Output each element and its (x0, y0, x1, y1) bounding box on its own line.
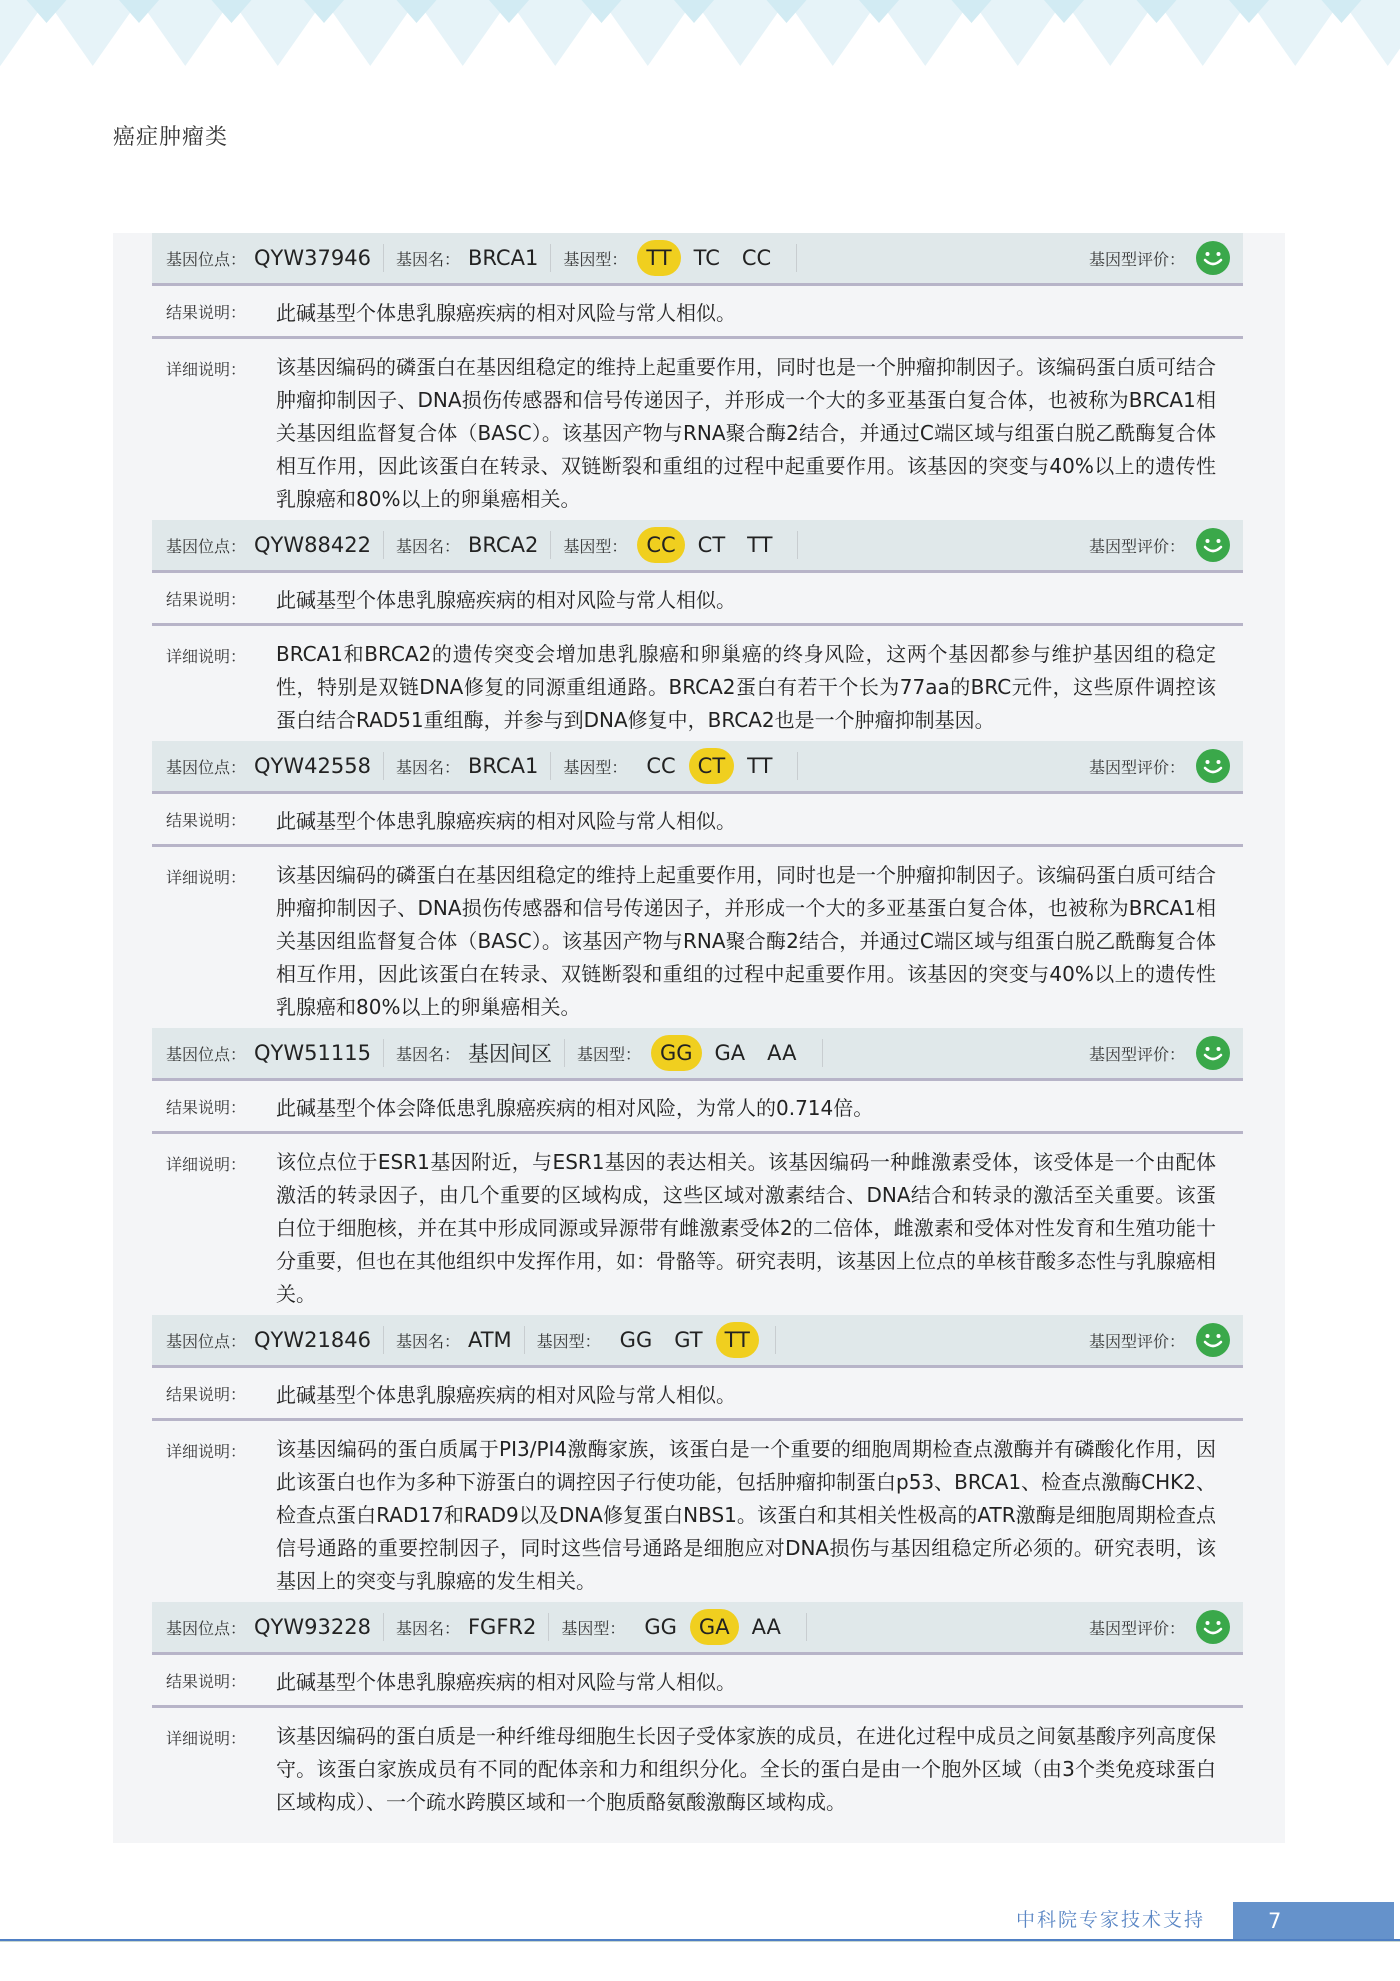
gene-label: 基因名： (396, 1616, 460, 1639)
entry-header: 基因位点： QYW88422 基因名： BRCA2 基因型： CCCTTT 基因… (152, 520, 1243, 573)
detail-label: 详细说明： (166, 1433, 276, 1462)
detail-text: 该基因编码的蛋白质是一种纤维母细胞生长因子受体家族的成员，在进化过程中成员之间氨… (276, 1720, 1216, 1819)
genotype-label: 基因型： (563, 247, 627, 270)
genotype-options: GGGTTT (611, 1322, 763, 1358)
result-row: 结果说明： 此碱基型个体患乳腺癌疾病的相对风险与常人相似。 (152, 1368, 1243, 1421)
genotype-option: GG (611, 1322, 662, 1358)
result-text: 此碱基型个体患乳腺癌疾病的相对风险与常人相似。 (276, 1379, 736, 1408)
evaluation-label: 基因型评价： (1089, 1042, 1185, 1065)
locus-value: QYW21846 (254, 1328, 371, 1352)
entry-header: 基因位点： QYW93228 基因名： FGFR2 基因型： GGGAAA 基因… (152, 1602, 1243, 1655)
genotype-option-selected: CC (637, 527, 684, 563)
detail-row: 详细说明： BRCA1和BRCA2的遗传突变会增加患乳腺癌和卵巢癌的终身风险，这… (152, 626, 1243, 741)
locus-value: QYW42558 (254, 754, 371, 778)
evaluation-label: 基因型评价： (1089, 1329, 1185, 1352)
locus-label: 基因位点： (166, 1329, 246, 1352)
locus-value: QYW93228 (254, 1615, 371, 1639)
decorative-diamond-pattern (0, 0, 1400, 70)
gene-entry: 基因位点： QYW88422 基因名： BRCA2 基因型： CCCTTT 基因… (152, 520, 1243, 741)
genotype-option: TT (738, 527, 781, 563)
result-text: 此碱基型个体患乳腺癌疾病的相对风险与常人相似。 (276, 584, 736, 613)
gene-entry: 基因位点： QYW42558 基因名： BRCA1 基因型： CCCTTT 基因… (152, 741, 1243, 1028)
genotype-evaluation: 基因型评价： (1089, 748, 1231, 784)
genotype-options: GGGAAA (635, 1609, 794, 1645)
genotype-option: GA (706, 1035, 755, 1071)
locus-label: 基因位点： (166, 247, 246, 270)
genotype-label: 基因型： (561, 1616, 625, 1639)
divider (564, 1039, 565, 1067)
genotype-evaluation: 基因型评价： (1089, 527, 1231, 563)
gene-label: 基因名： (396, 1042, 460, 1065)
gene-entry-list: 基因位点： QYW37946 基因名： BRCA1 基因型： TTTCCC 基因… (152, 233, 1243, 1823)
result-row: 结果说明： 此碱基型个体会降低患乳腺癌疾病的相对风险，为常人的0.714倍。 (152, 1081, 1243, 1134)
genotype-label: 基因型： (577, 1042, 641, 1065)
detail-row: 详细说明： 该基因编码的磷蛋白在基因组稳定的维持上起重要作用，同时也是一个肿瘤抑… (152, 847, 1243, 1028)
entry-header: 基因位点： QYW37946 基因名： BRCA1 基因型： TTTCCC 基因… (152, 233, 1243, 286)
detail-row: 详细说明： 该基因编码的蛋白质属于PI3/PI4激酶家族，该蛋白是一个重要的细胞… (152, 1421, 1243, 1602)
result-text: 此碱基型个体患乳腺癌疾病的相对风险与常人相似。 (276, 805, 736, 834)
entry-header: 基因位点： QYW21846 基因名： ATM 基因型： GGGTTT 基因型评… (152, 1315, 1243, 1368)
genotype-options: CCCTTT (637, 527, 785, 563)
page-number: 7 (1268, 1909, 1281, 1933)
detail-label: 详细说明： (166, 638, 276, 667)
divider (550, 531, 551, 559)
result-row: 结果说明： 此碱基型个体患乳腺癌疾病的相对风险与常人相似。 (152, 286, 1243, 339)
divider (822, 1039, 823, 1067)
divider (383, 244, 384, 272)
smiley-face-icon (1195, 527, 1231, 563)
divider (548, 1613, 549, 1641)
gene-value: FGFR2 (468, 1615, 536, 1639)
genotype-options: CCCTTT (637, 748, 785, 784)
genotype-option: GT (665, 1322, 711, 1358)
locus-label: 基因位点： (166, 755, 246, 778)
result-text: 此碱基型个体会降低患乳腺癌疾病的相对风险，为常人的0.714倍。 (276, 1092, 873, 1121)
smiley-face-icon (1195, 1609, 1231, 1645)
locus-label: 基因位点： (166, 1616, 246, 1639)
genotype-option-selected: CT (689, 748, 735, 784)
detail-text: 该基因编码的磷蛋白在基因组稳定的维持上起重要作用，同时也是一个肿瘤抑制因子。该编… (276, 351, 1216, 516)
gene-value: BRCA2 (468, 533, 538, 557)
detail-row: 详细说明： 该位点位于ESR1基因附近，与ESR1基因的表达相关。该基因编码一种… (152, 1134, 1243, 1315)
detail-label: 详细说明： (166, 859, 276, 888)
gene-label: 基因名： (396, 1329, 460, 1352)
locus-value: QYW88422 (254, 533, 371, 557)
result-text: 此碱基型个体患乳腺癌疾病的相对风险与常人相似。 (276, 297, 736, 326)
detail-row: 详细说明： 该基因编码的蛋白质是一种纤维母细胞生长因子受体家族的成员，在进化过程… (152, 1708, 1243, 1823)
locus-value: QYW37946 (254, 246, 371, 270)
locus-value: QYW51115 (254, 1041, 371, 1065)
detail-label: 详细说明： (166, 1720, 276, 1749)
gene-label: 基因名： (396, 534, 460, 557)
result-row: 结果说明： 此碱基型个体患乳腺癌疾病的相对风险与常人相似。 (152, 1655, 1243, 1708)
gene-label: 基因名： (396, 247, 460, 270)
genotype-label: 基因型： (563, 534, 627, 557)
divider (383, 1613, 384, 1641)
locus-label: 基因位点： (166, 534, 246, 557)
genotype-option-selected: TT (637, 240, 680, 276)
page-number-box: 7 (1233, 1902, 1394, 1940)
gene-entry: 基因位点： QYW51115 基因名： 基因间区 基因型： GGGAAA 基因型… (152, 1028, 1243, 1315)
divider (383, 1039, 384, 1067)
smiley-face-icon (1195, 1322, 1231, 1358)
divider (797, 531, 798, 559)
gene-value: BRCA1 (468, 754, 538, 778)
smiley-face-icon (1195, 1035, 1231, 1071)
entry-header: 基因位点： QYW42558 基因名： BRCA1 基因型： CCCTTT 基因… (152, 741, 1243, 794)
gene-entry: 基因位点： QYW37946 基因名： BRCA1 基因型： TTTCCC 基因… (152, 233, 1243, 520)
divider (797, 752, 798, 780)
genotype-option: GG (635, 1609, 686, 1645)
divider (550, 752, 551, 780)
genotype-evaluation: 基因型评价： (1089, 1322, 1231, 1358)
result-text: 此碱基型个体患乳腺癌疾病的相对风险与常人相似。 (276, 1666, 736, 1695)
footer-credit: 中科院专家技术支持 (1016, 1905, 1205, 1932)
gene-value: BRCA1 (468, 246, 538, 270)
divider (383, 531, 384, 559)
result-label: 结果说明： (166, 808, 276, 831)
locus-label: 基因位点： (166, 1042, 246, 1065)
genotype-option-selected: TT (716, 1322, 759, 1358)
genotype-option: CC (637, 748, 684, 784)
genotype-options: GGGAAA (651, 1035, 810, 1071)
smiley-face-icon (1195, 748, 1231, 784)
divider (796, 244, 797, 272)
detail-text: BRCA1和BRCA2的遗传突变会增加患乳腺癌和卵巢癌的终身风险，这两个基因都参… (276, 638, 1216, 737)
smiley-face-icon (1195, 240, 1231, 276)
evaluation-label: 基因型评价： (1089, 534, 1185, 557)
detail-label: 详细说明： (166, 351, 276, 380)
gene-label: 基因名： (396, 755, 460, 778)
result-row: 结果说明： 此碱基型个体患乳腺癌疾病的相对风险与常人相似。 (152, 794, 1243, 847)
gene-value: 基因间区 (468, 1038, 552, 1068)
divider (806, 1613, 807, 1641)
genotype-option: TC (685, 240, 729, 276)
genotype-label: 基因型： (537, 1329, 601, 1352)
result-label: 结果说明： (166, 587, 276, 610)
genotype-option: CT (689, 527, 735, 563)
evaluation-label: 基因型评价： (1089, 1616, 1185, 1639)
genotype-option: AA (743, 1609, 790, 1645)
genotype-evaluation: 基因型评价： (1089, 1609, 1231, 1645)
detail-text: 该位点位于ESR1基因附近，与ESR1基因的表达相关。该基因编码一种雌激素受体，… (276, 1146, 1216, 1311)
result-label: 结果说明： (166, 1382, 276, 1405)
detail-label: 详细说明： (166, 1146, 276, 1175)
result-row: 结果说明： 此碱基型个体患乳腺癌疾病的相对风险与常人相似。 (152, 573, 1243, 626)
section-title: 癌症肿瘤类 (113, 120, 228, 151)
detail-text: 该基因编码的蛋白质属于PI3/PI4激酶家族，该蛋白是一个重要的细胞周期检查点激… (276, 1433, 1216, 1598)
genotype-option: TT (738, 748, 781, 784)
divider (524, 1326, 525, 1354)
divider (775, 1326, 776, 1354)
detail-text: 该基因编码的磷蛋白在基因组稳定的维持上起重要作用，同时也是一个肿瘤抑制因子。该编… (276, 859, 1216, 1024)
genotype-option: AA (758, 1035, 805, 1071)
gene-entry: 基因位点： QYW93228 基因名： FGFR2 基因型： GGGAAA 基因… (152, 1602, 1243, 1823)
divider (550, 244, 551, 272)
divider (383, 1326, 384, 1354)
detail-row: 详细说明： 该基因编码的磷蛋白在基因组稳定的维持上起重要作用，同时也是一个肿瘤抑… (152, 339, 1243, 520)
genotype-options: TTTCCC (637, 240, 784, 276)
gene-value: ATM (468, 1328, 512, 1352)
evaluation-label: 基因型评价： (1089, 247, 1185, 270)
divider (383, 752, 384, 780)
genotype-option-selected: GG (651, 1035, 702, 1071)
genotype-label: 基因型： (563, 755, 627, 778)
genotype-evaluation: 基因型评价： (1089, 1035, 1231, 1071)
result-label: 结果说明： (166, 1669, 276, 1692)
footer-divider (0, 1939, 1400, 1942)
results-panel: 基因位点： QYW37946 基因名： BRCA1 基因型： TTTCCC 基因… (113, 233, 1285, 1843)
result-label: 结果说明： (166, 300, 276, 323)
genotype-option-selected: GA (690, 1609, 739, 1645)
entry-header: 基因位点： QYW51115 基因名： 基因间区 基因型： GGGAAA 基因型… (152, 1028, 1243, 1081)
genotype-evaluation: 基因型评价： (1089, 240, 1231, 276)
evaluation-label: 基因型评价： (1089, 755, 1185, 778)
result-label: 结果说明： (166, 1095, 276, 1118)
genotype-option: CC (733, 240, 780, 276)
gene-entry: 基因位点： QYW21846 基因名： ATM 基因型： GGGTTT 基因型评… (152, 1315, 1243, 1602)
